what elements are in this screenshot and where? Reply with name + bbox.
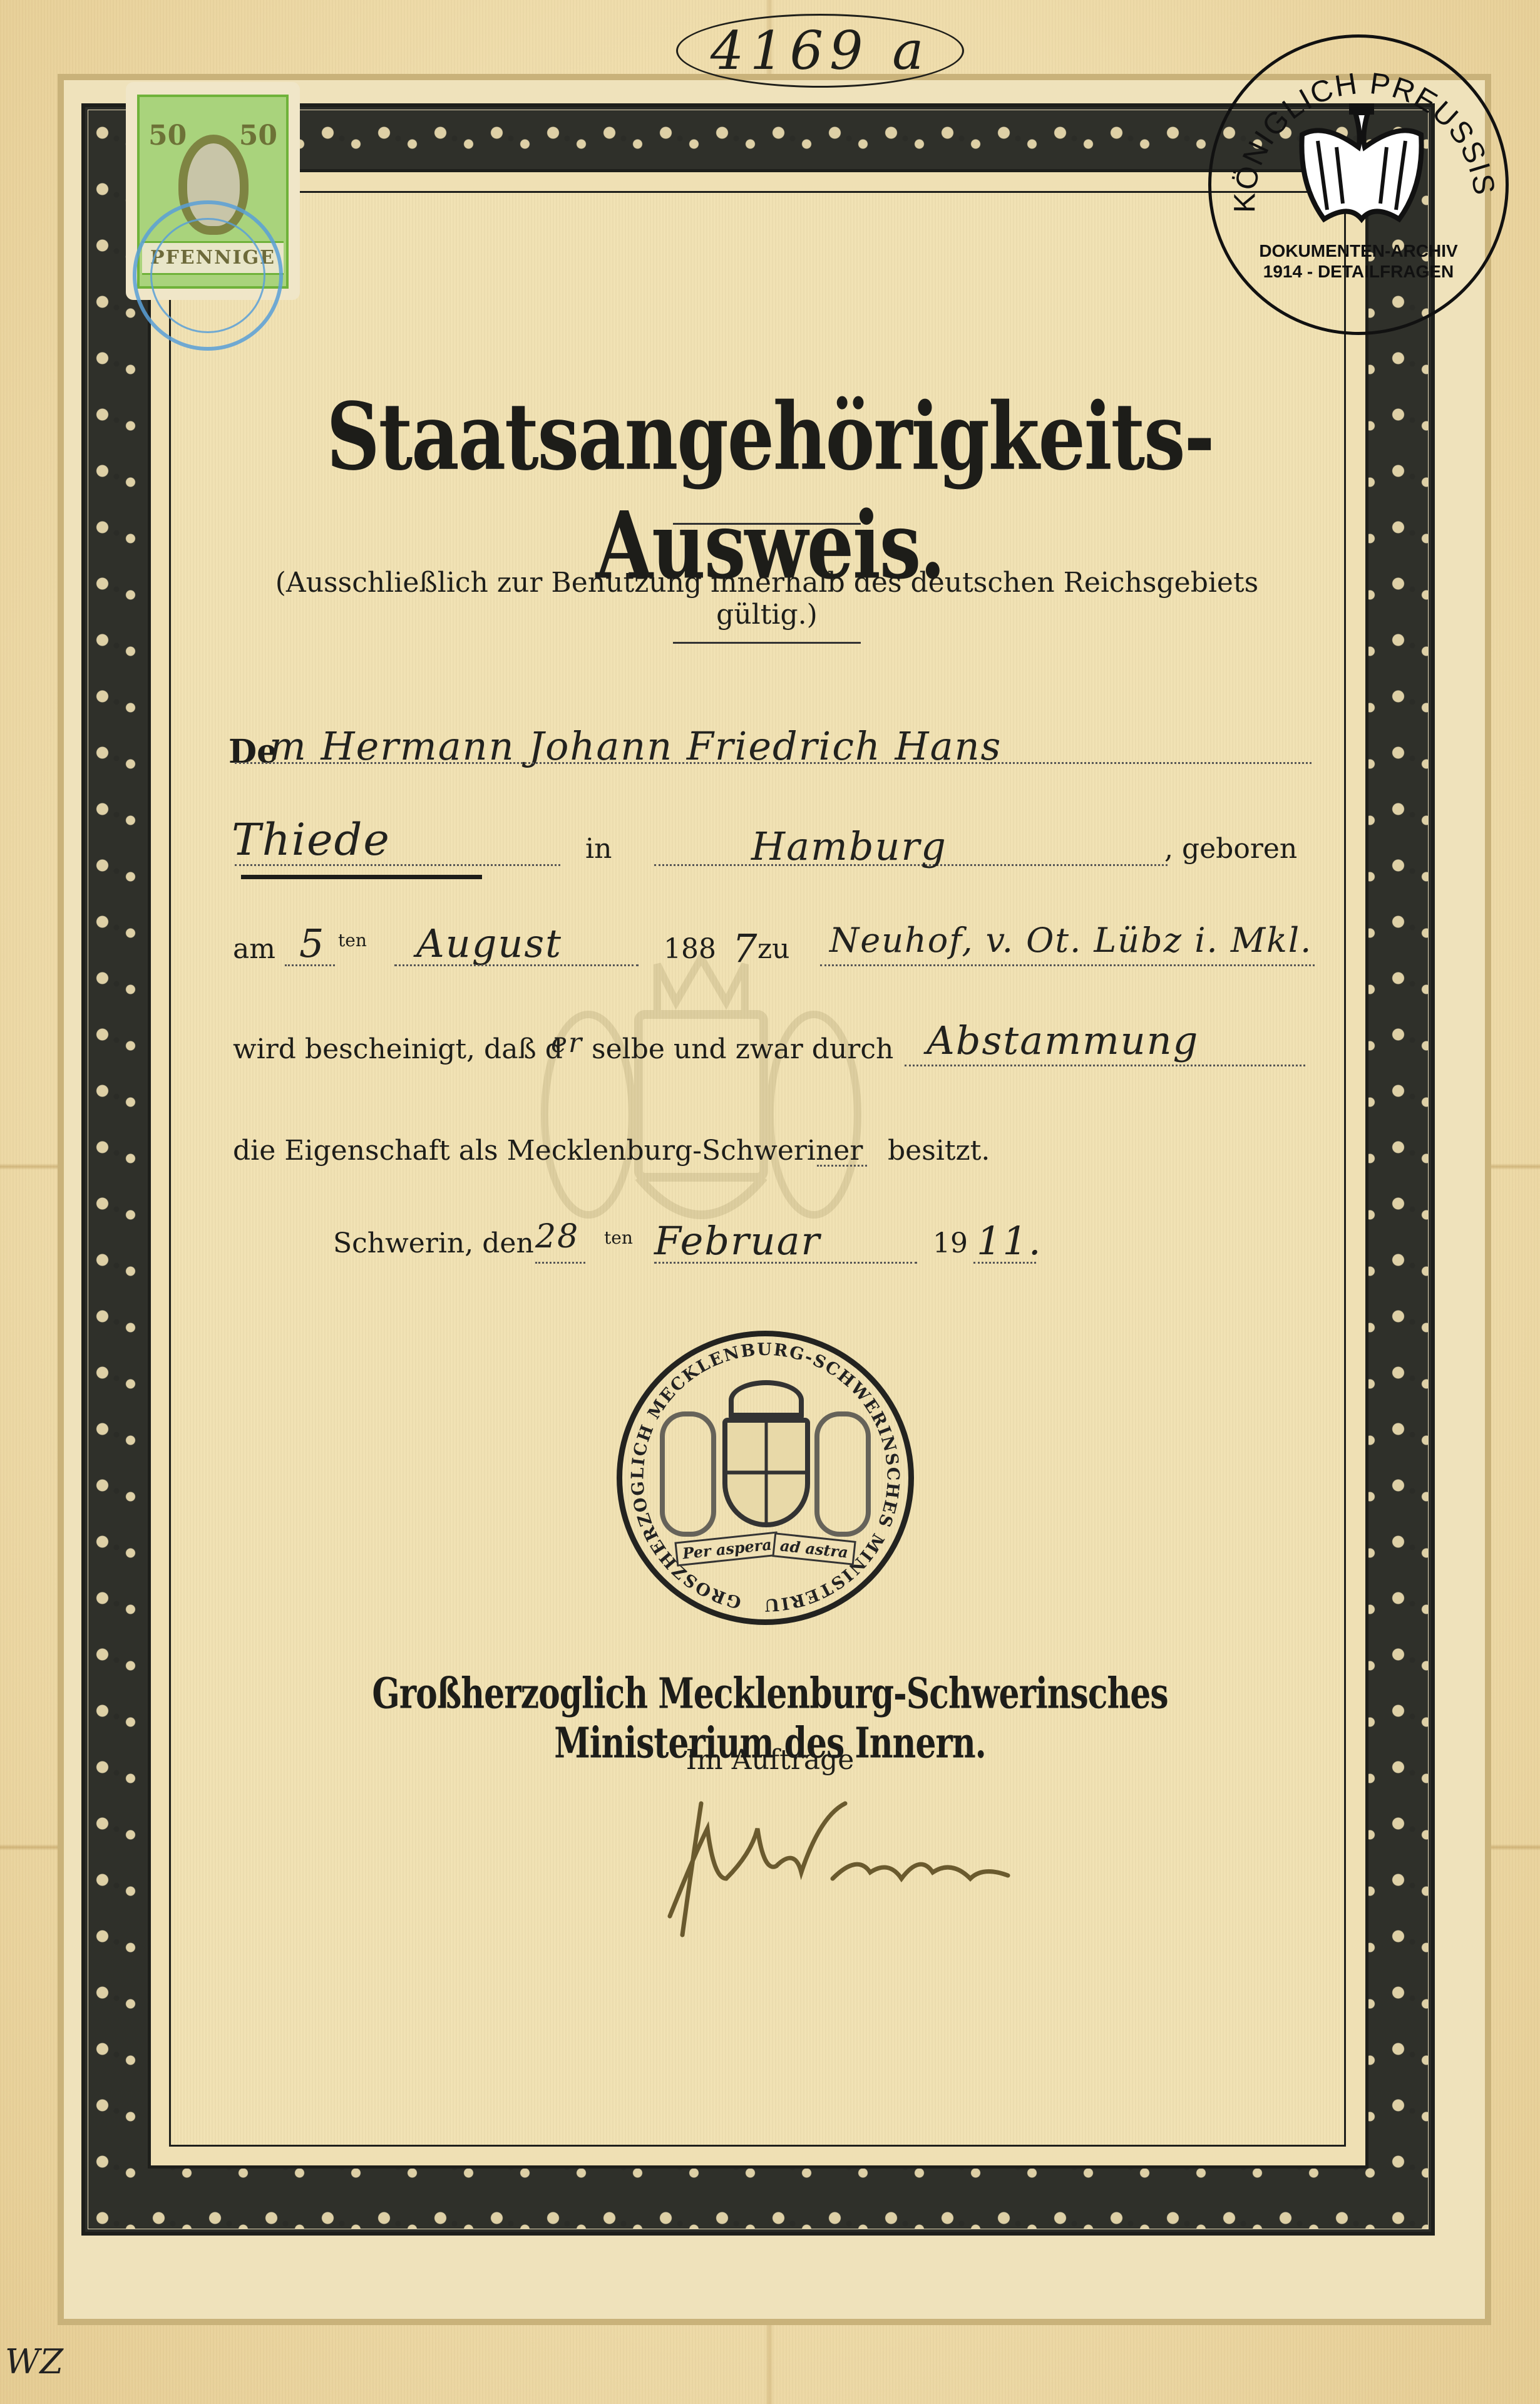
issue-day-dotted-line	[535, 1262, 585, 1264]
birthplace-dotted-line	[820, 964, 1315, 966]
prussian-eagle-icon	[1301, 103, 1421, 219]
seal-shield-icon	[722, 1418, 810, 1527]
handwritten-birth-month: August	[416, 921, 562, 966]
nationality-text: die Eigenschaft als Mecklenburg-Schwerin…	[233, 1135, 863, 1167]
surname-underline	[241, 875, 482, 879]
issue-year-dotted-line	[973, 1262, 1036, 1264]
archive-stamp-arc-text: KÖNIGLICH PREUSSISCHES	[1211, 38, 1512, 338]
on-behalf-label: Im Auftrage	[645, 1744, 895, 1776]
seal-crown-icon	[729, 1380, 804, 1420]
birth-year-prefix: 188	[664, 933, 716, 965]
corner-initials: WZ	[5, 2342, 49, 2398]
besitzt-label: besitzt.	[888, 1135, 990, 1167]
reason-dotted-line	[905, 1065, 1305, 1066]
stamp-value-left: 50	[148, 120, 187, 152]
archive-number: 4169 a	[676, 14, 964, 88]
certification-text-end: selbe und zwar durch	[592, 1033, 893, 1065]
title-divider	[673, 523, 861, 525]
given-names-dotted-line	[235, 762, 1312, 764]
handwritten-issue-day: 28	[535, 1218, 579, 1256]
ministry-seal: GROSZHERZOGLICH MECKLENBURG-SCHWERINSCHE…	[617, 1331, 914, 1625]
place-date-label: Schwerin, den	[333, 1227, 534, 1259]
issue-month-dotted-line	[654, 1262, 917, 1264]
handwritten-acquisition-reason: Abstammung	[927, 1018, 1199, 1063]
seal-griffin-supporter-icon	[814, 1411, 871, 1537]
ten-label: ten	[338, 930, 367, 951]
subtitle-divider	[673, 642, 861, 644]
stamp-value-right: 50	[239, 120, 277, 152]
seal-bull-supporter-icon	[660, 1411, 716, 1537]
am-label: am	[233, 933, 275, 965]
handwritten-birth-year-digit: 7	[732, 926, 758, 971]
archive-stamp-line2: 1914 - DETAILFRAGEN	[1211, 262, 1506, 282]
certification-text-start: wird bescheinigt, daß d	[233, 1033, 563, 1065]
in-label: in	[585, 833, 612, 865]
signature-icon	[632, 1791, 1033, 1941]
zu-label: zu	[757, 933, 790, 965]
nationality-dotted-line	[817, 1165, 867, 1167]
handwritten-residence: Hamburg	[751, 823, 947, 869]
handwritten-issue-year: 11.	[977, 1218, 1042, 1264]
document-subtitle: (Ausschließlich zur Benutzung innerhalb …	[254, 567, 1280, 631]
birth-month-dotted-line	[394, 964, 639, 966]
blue-cancellation-stamp-icon	[133, 200, 283, 351]
birth-day-dotted-line	[285, 964, 335, 966]
handwritten-issue-month: Februar	[654, 1218, 821, 1264]
surname-dotted-line	[235, 864, 560, 866]
issue-year-prefix: 19	[933, 1227, 968, 1259]
handwritten-birthplace: Neuhof, v. Ot. Lübz i. Mkl.	[829, 921, 1312, 960]
handwritten-surname: Thiede	[232, 814, 391, 865]
handwritten-birth-day: 5	[299, 921, 325, 966]
born-label: , geboren	[1164, 833, 1297, 865]
archive-watermark-stamp: KÖNIGLICH PREUSSISCHES DOKUMENTEN-ARCHIV…	[1208, 34, 1509, 335]
archive-stamp-line1: DOKUMENTEN-ARCHIV	[1211, 241, 1506, 261]
issue-ten-label: ten	[604, 1227, 633, 1248]
handwritten-gender-insert: er	[551, 1027, 583, 1059]
